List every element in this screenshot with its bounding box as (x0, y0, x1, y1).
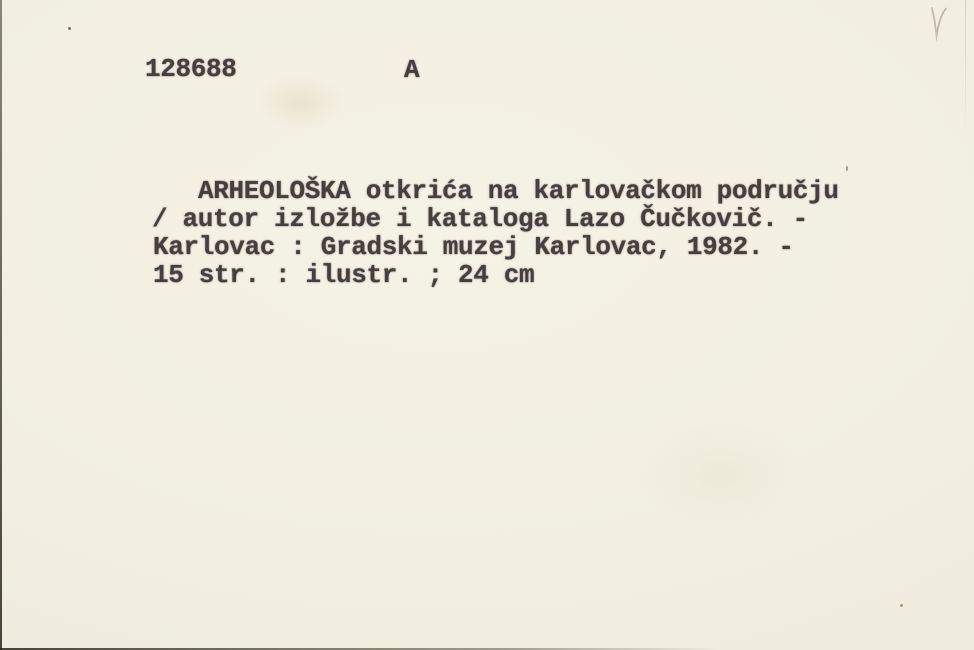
scan-edge-left (0, 0, 2, 650)
ink-speck (68, 27, 71, 30)
classification-letter: A (404, 55, 419, 85)
paper-stain (640, 420, 800, 530)
bibliographic-entry-physical-description-line: 15 str. : ilustr. ; 24 cm (153, 260, 534, 290)
paper-stain (255, 75, 345, 130)
bibliographic-entry-title-line: ARHEOLOŠKA otkrića na karlovačkom područ… (198, 176, 839, 206)
pencil-checkmark-icon (926, 5, 954, 47)
bibliographic-entry-author-line: / autor izložbe i kataloga Lazo Čučkovič… (152, 204, 808, 234)
library-catalog-card: 128688 A ARHEOLOŠKA otkrića na karlovačk… (0, 0, 974, 650)
ink-speck (900, 604, 903, 607)
bibliographic-entry-publisher-line: Karlovac : Gradski muzej Karlovac, 1982.… (153, 232, 794, 262)
scan-edge-right (965, 0, 966, 140)
ink-speck (846, 166, 848, 171)
catalog-number: 128688 (145, 54, 237, 84)
